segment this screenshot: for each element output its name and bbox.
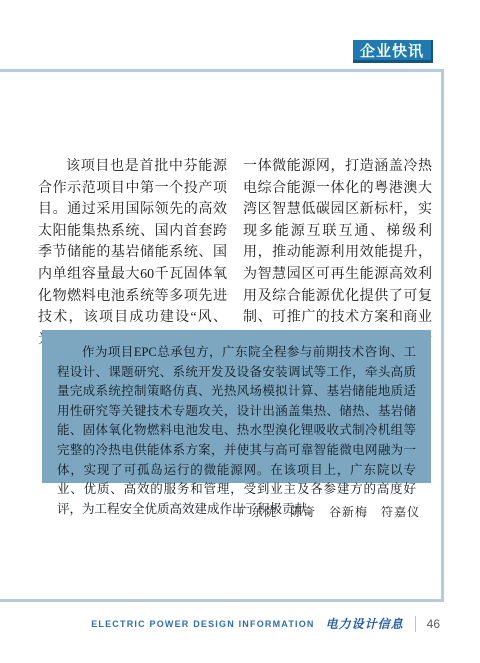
page-number: 46 bbox=[427, 617, 440, 631]
highlight-box: 作为项目EPC总承包方，广东院全程参与前期技术咨询、工程设计、课题研究、系统开发… bbox=[42, 330, 431, 483]
footer-separator bbox=[415, 616, 416, 632]
byline: 广东院 陈奇 谷新梅 符嘉仪 bbox=[238, 503, 420, 520]
journal-title-cn: 电力设计信息 bbox=[326, 615, 404, 632]
journal-title-en: ELECTRIC POWER DESIGN INFORMATION bbox=[91, 619, 314, 629]
section-badge: 企业快讯 bbox=[353, 40, 433, 63]
page-footer: ELECTRIC POWER DESIGN INFORMATION 电力设计信息… bbox=[91, 615, 440, 632]
highlight-box-text: 作为项目EPC总承包方，广东院全程参与前期技术咨询、工程设计、课题研究、系统开发… bbox=[57, 343, 416, 519]
